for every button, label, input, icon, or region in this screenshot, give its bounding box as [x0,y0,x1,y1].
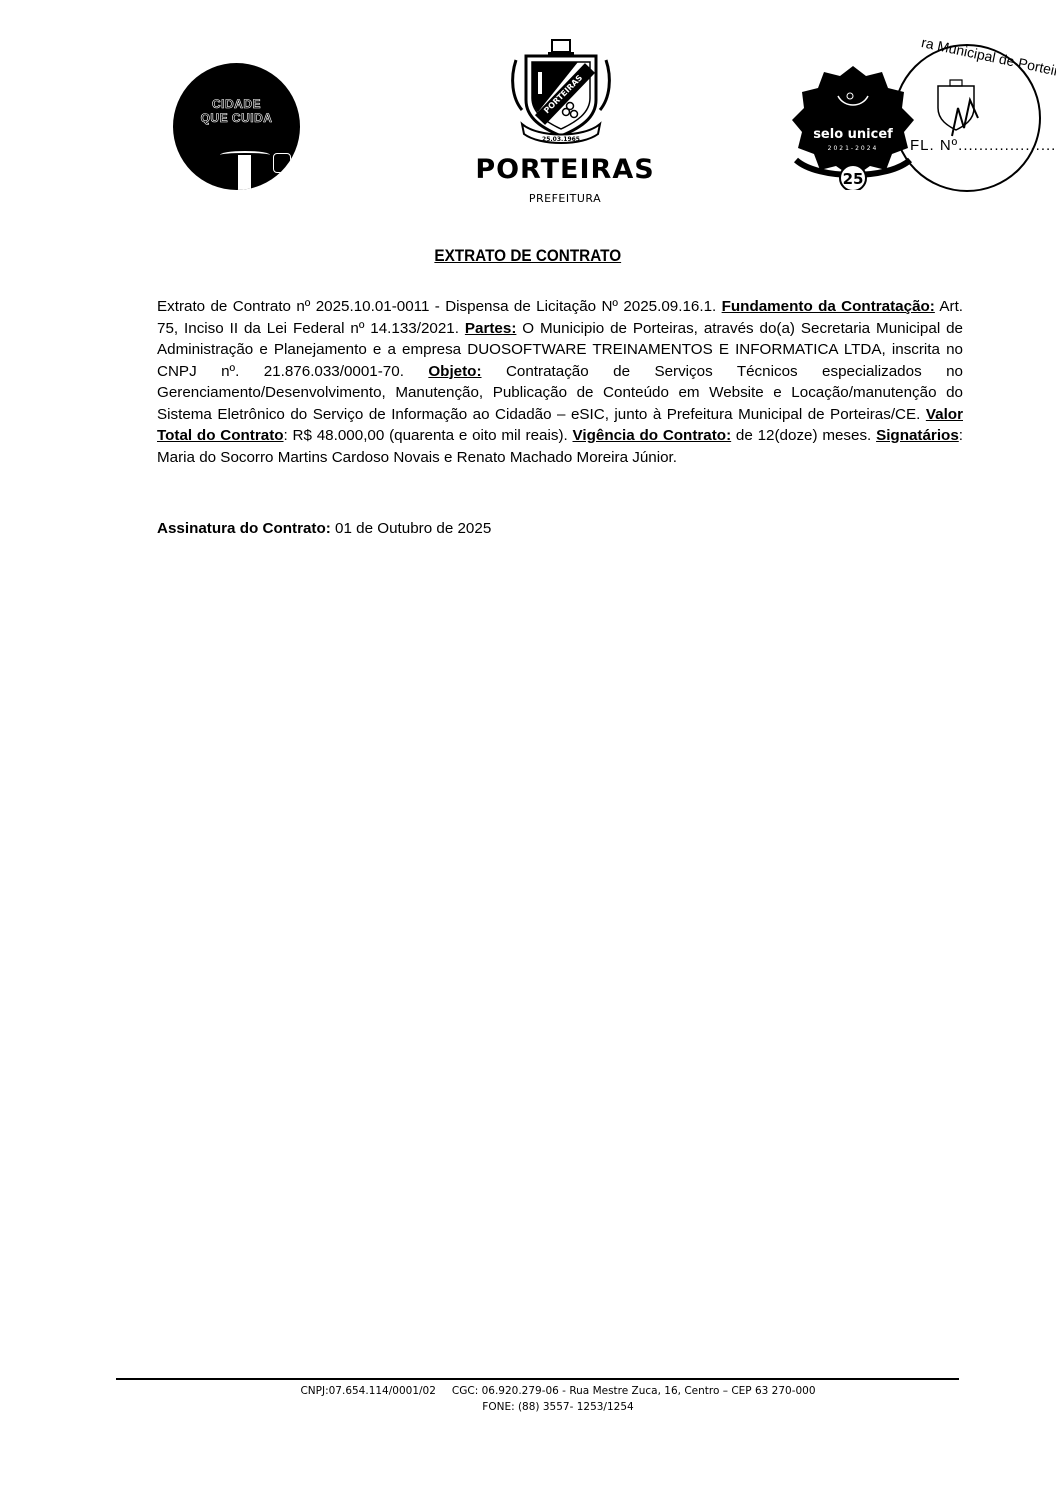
objeto-label: Objeto: [428,363,481,380]
footer-contact-info: CNPJ:07.654.114/0001/02CGC: 06.920.279-0… [30,1383,1056,1415]
vigencia-label: Vigência do Contrato: [573,427,732,444]
logo-text: CIDADE QUE CUIDA [173,97,300,125]
logo-stem-decoration [238,155,251,190]
svg-text:25.03.1965: 25.03.1965 [542,136,580,143]
stamp-folio-label: FL. Nº..................... [910,137,1056,154]
footer-address: CGC: 06.920.279-06 - Rua Mestre Zuca, 16… [452,1385,816,1397]
brand-name: PORTEIRAS [470,155,660,185]
footer-cnpj: CNPJ:07.654.114/0001/02 [300,1385,435,1397]
logo-text-line2: QUE CUIDA [173,111,300,125]
fundamento-label: Fundamento da Contratação: [722,298,935,315]
footer-phone: FONE: (88) 3557- 1253/1254 [30,1399,1056,1415]
brand-subtitle: PREFEITURA [470,192,660,205]
logo-hand-icon [273,153,291,173]
contract-extract-paragraph: Extrato de Contrato nº 2025.10.01-0011 -… [157,296,963,468]
svg-text:25: 25 [843,170,864,188]
footer-divider [116,1378,959,1380]
vigencia-text: de 12(doze) meses. [731,427,876,444]
signature-date-line: Assinatura do Contrato: 01 de Outubro de… [157,520,491,537]
svg-text:selo unicef: selo unicef [813,127,893,142]
signatarios-label: Signatários [876,427,959,444]
municipal-crest-icon: PORTEIRAS 25.03.1965 [508,38,614,148]
cidade-que-cuida-logo: CIDADE QUE CUIDA [173,63,300,190]
signature-label: Assinatura do Contrato: [157,520,331,537]
logo-text-line1: CIDADE [173,97,300,111]
valor-text: : R$ 48.000,00 (quarenta e oito mil reai… [284,427,573,444]
document-title: EXTRATO DE CONTRATO [0,246,1056,266]
svg-text:2021-2024: 2021-2024 [828,145,879,152]
contract-intro: Extrato de Contrato nº 2025.10.01-0011 -… [157,298,722,315]
partes-label: Partes: [465,320,517,337]
stamp-coat-of-arms-icon [930,78,990,138]
signature-date: 01 de Outubro de 2025 [331,520,491,537]
